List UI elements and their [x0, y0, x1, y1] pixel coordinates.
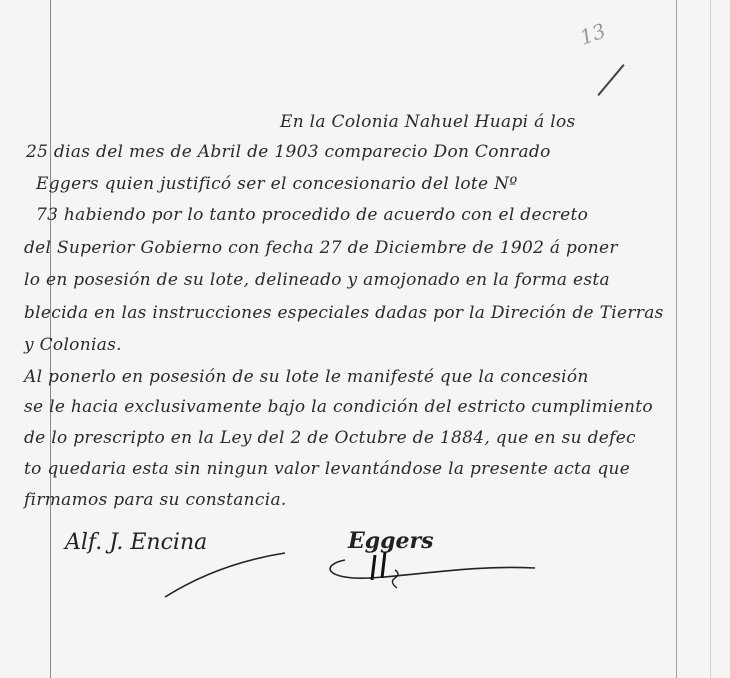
- signature-flourishes: [0, 0, 730, 678]
- document-page: 13 En la Colonia Nahuel Huapi á los 25 d…: [0, 0, 730, 678]
